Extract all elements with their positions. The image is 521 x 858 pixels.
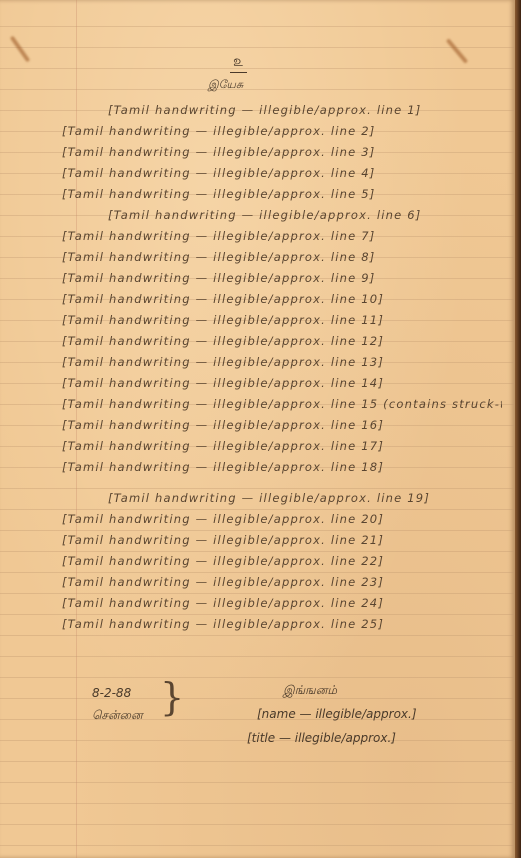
body-line: [Tamil handwriting — illegible/approx. l… [62, 310, 502, 331]
closing-salutation: இங்ஙனம் [255, 678, 417, 702]
body-line: [Tamil handwriting — illegible/approx. l… [62, 530, 502, 551]
body-line-with-strikethrough: [Tamil handwriting — illegible/approx. l… [62, 394, 502, 415]
body-line: [Tamil handwriting — illegible/approx. l… [62, 142, 502, 163]
date-place-block: 8-2-88 சென்னை } [92, 682, 143, 726]
page-number: ௨ [230, 52, 247, 73]
body-line: [Tamil handwriting — illegible/approx. l… [62, 268, 502, 289]
body-line: [Tamil handwriting — illegible/approx. l… [62, 614, 502, 635]
curly-brace-icon: } [160, 678, 184, 716]
body-line: [Tamil handwriting — illegible/approx. l… [62, 289, 502, 310]
body-line: [Tamil handwriting — illegible/approx. l… [62, 100, 502, 121]
letter-page: ௨ இயேசு [Tamil handwriting — illegible/a… [0, 0, 515, 858]
body-line: [Tamil handwriting — illegible/approx. l… [62, 205, 502, 226]
body-line: [Tamil handwriting — illegible/approx. l… [62, 415, 502, 436]
body-line: [Tamil handwriting — illegible/approx. l… [62, 352, 502, 373]
letter-date: 8-2-88 [92, 682, 143, 704]
body-line: [Tamil handwriting — illegible/approx. l… [62, 163, 502, 184]
page-edge [515, 0, 521, 858]
body-line: [Tamil handwriting — illegible/approx. l… [62, 436, 502, 457]
body-line: [Tamil handwriting — illegible/approx. l… [62, 121, 502, 142]
signer-title: [title — illegible/approx.] [247, 726, 417, 750]
letter-body: [Tamil handwriting — illegible/approx. l… [62, 100, 502, 635]
body-line: [Tamil handwriting — illegible/approx. l… [62, 331, 502, 352]
body-line: [Tamil handwriting — illegible/approx. l… [62, 509, 502, 530]
letter-heading: இயேசு [208, 78, 243, 93]
body-line: [Tamil handwriting — illegible/approx. l… [62, 593, 502, 614]
body-line: [Tamil handwriting — illegible/approx. l… [62, 247, 502, 268]
body-line: [Tamil handwriting — illegible/approx. l… [62, 184, 502, 205]
body-line: [Tamil handwriting — illegible/approx. l… [62, 572, 502, 593]
letter-place: சென்னை [92, 704, 143, 726]
body-line: [Tamil handwriting — illegible/approx. l… [62, 226, 502, 247]
closing-block: இங்ஙனம் [name — illegible/approx.] [titl… [255, 678, 417, 750]
body-line: [Tamil handwriting — illegible/approx. l… [62, 488, 502, 509]
body-line: [Tamil handwriting — illegible/approx. l… [62, 373, 502, 394]
body-line: [Tamil handwriting — illegible/approx. l… [62, 457, 502, 478]
signer-name: [name — illegible/approx.] [255, 702, 417, 726]
body-line: [Tamil handwriting — illegible/approx. l… [62, 551, 502, 572]
